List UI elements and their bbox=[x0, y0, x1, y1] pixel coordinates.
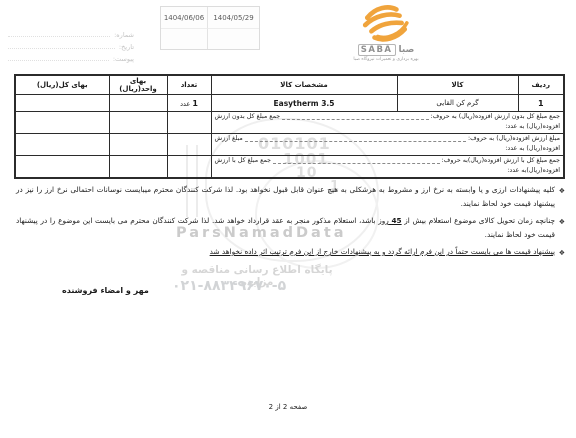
watermark-phone-number: ۰۲۱-۸۸۳۴۹۶۷۰-۵ bbox=[172, 278, 286, 294]
attachment-label: پیوست: bbox=[113, 55, 134, 63]
col-header-unit-price: بهای واحد(ریال) bbox=[109, 75, 167, 95]
date-field: تاریخ: bbox=[8, 39, 134, 51]
summary-row-without-vat: جمع مبلغ کل بدون ارزش افزوده(ریال) به حر… bbox=[15, 112, 564, 134]
empty-cell bbox=[167, 112, 211, 134]
empty-cell bbox=[15, 156, 109, 179]
seller-signature-label: مهر و امضاء فروشنده bbox=[62, 286, 149, 295]
company-logo: صبا SABA بهره برداری و تعمیرات نیروگاه ص… bbox=[340, 2, 432, 62]
number-dotted-line bbox=[8, 36, 110, 37]
empty-cell bbox=[109, 134, 167, 156]
logo-latin-name: SABA bbox=[358, 44, 396, 56]
dates-box: 1404/06/06 1404/05/29 bbox=[160, 6, 260, 50]
item-unit-price-empty bbox=[109, 95, 167, 112]
date-label: تاریخ: bbox=[119, 43, 134, 51]
page-number: صفحه 2 از 2 bbox=[0, 403, 576, 411]
dotted-leader bbox=[273, 163, 440, 164]
item-index: 1 bbox=[518, 95, 564, 112]
item-row: 1 گرم کن القایی Easytherm 3.5 1 عدد bbox=[15, 95, 564, 112]
terms-notes: ❖ کلیه پیشنهادات ارزی و یا وابسته به نرخ… bbox=[16, 183, 565, 263]
empty-cell bbox=[109, 156, 167, 179]
empty-cell bbox=[15, 112, 109, 134]
col-header-spec: مشخصات کالا bbox=[211, 75, 397, 95]
number-field: شماره: bbox=[8, 27, 134, 39]
note-form-only: ❖ پیشنهاد قیمت ها می بایست حتماً در این … bbox=[16, 245, 565, 260]
summary-row-with-vat: جمع مبلغ کل با ارزش افزوده(ریال)به حروف:… bbox=[15, 156, 564, 179]
item-qty: 1 عدد bbox=[167, 95, 211, 112]
diamond-bullet-icon: ❖ bbox=[555, 183, 565, 211]
table-header-row: ردیف کالا مشخصات کالا تعداد بهای واحد(ری… bbox=[15, 75, 564, 95]
diamond-bullet-icon: ❖ bbox=[555, 214, 565, 242]
empty-cell bbox=[109, 112, 167, 134]
summary-without-vat-cell: جمع مبلغ کل بدون ارزش افزوده(ریال) به حر… bbox=[211, 112, 564, 134]
reference-fields: شماره: تاریخ: پیوست: bbox=[8, 27, 134, 63]
empty-cell bbox=[167, 156, 211, 179]
quotation-form-page: 010101 1001 10 1 ParsNamadData پایگاه اط… bbox=[0, 0, 576, 438]
items-table: ردیف کالا مشخصات کالا تعداد بهای واحد(ری… bbox=[14, 74, 565, 179]
diamond-bullet-icon: ❖ bbox=[555, 245, 565, 260]
col-header-row-number: ردیف bbox=[518, 75, 564, 95]
note-currency-offers: ❖ کلیه پیشنهادات ارزی و یا وابسته به نرخ… bbox=[16, 183, 565, 211]
summary-row-vat-amount: مبلغ ارزش افزوده(ریال) به حروف: مبلغ ارز… bbox=[15, 134, 564, 156]
summary-vat-amount-cell: مبلغ ارزش افزوده(ریال) به حروف: مبلغ ارز… bbox=[211, 134, 564, 156]
date-value-right: 1404/05/29 bbox=[207, 7, 259, 29]
date-dotted-line bbox=[8, 48, 115, 49]
col-header-item: کالا bbox=[397, 75, 518, 95]
logo-tagline: بهره برداری و تعمیرات نیروگاه صبا bbox=[340, 57, 432, 62]
logo-wordmark: صبا SABA bbox=[340, 44, 432, 56]
number-label: شماره: bbox=[114, 31, 134, 39]
date-value-left: 1404/06/06 bbox=[161, 7, 207, 29]
item-total-price-empty bbox=[15, 95, 109, 112]
col-header-total-price: بهای کل(ریال) bbox=[15, 75, 109, 95]
attachment-field: پیوست: bbox=[8, 51, 134, 63]
attachment-dotted-line bbox=[8, 60, 109, 61]
dotted-leader bbox=[245, 141, 466, 142]
saba-swirl-icon bbox=[340, 2, 432, 46]
empty-cell bbox=[167, 134, 211, 156]
item-name: گرم کن القایی bbox=[397, 95, 518, 112]
col-header-qty: تعداد bbox=[167, 75, 211, 95]
empty-cell bbox=[15, 134, 109, 156]
summary-with-vat-cell: جمع مبلغ کل با ارزش افزوده(ریال)به حروف:… bbox=[211, 156, 564, 179]
dates-box-empty-cell bbox=[207, 29, 259, 49]
dotted-leader bbox=[282, 119, 429, 120]
item-spec: Easytherm 3.5 bbox=[211, 95, 397, 112]
dates-box-empty-cell bbox=[161, 29, 207, 49]
logo-persian-name: صبا bbox=[399, 45, 415, 55]
note-delivery-45-days: ❖ چنانچه زمان تحویل کالای موضوع استعلام … bbox=[16, 214, 565, 242]
watermark-persian-text: پایگاه اطلاع رسانی مناقصه و مزایده bbox=[177, 264, 337, 288]
